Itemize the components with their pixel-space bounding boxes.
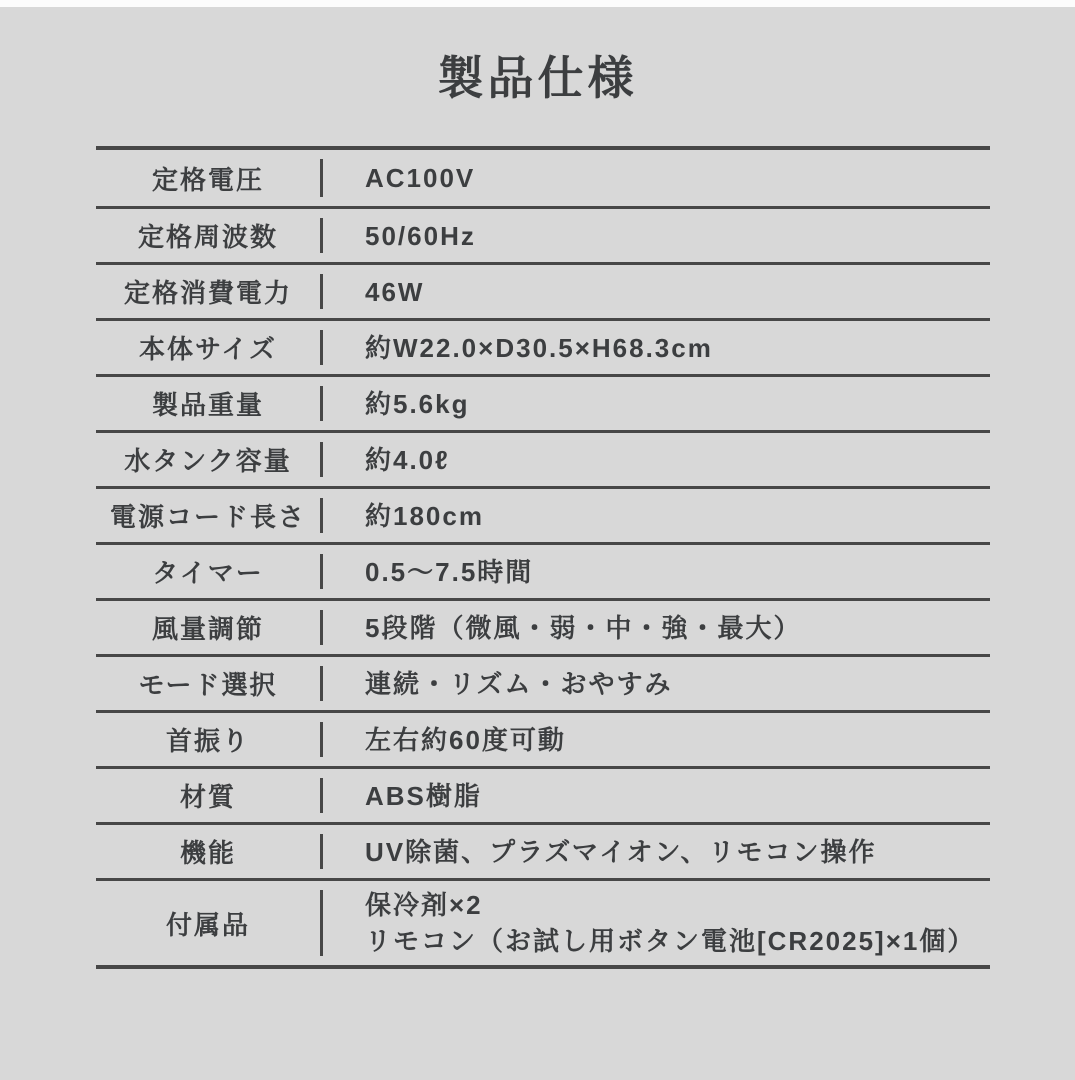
top-white-strip [0, 0, 1075, 7]
value-line: 左右約60度可動 [365, 722, 980, 758]
table-row: 定格消費電力 46W [96, 262, 990, 318]
row-label: 付属品 [96, 881, 320, 965]
row-label: 電源コード長さ [96, 489, 320, 542]
table-row: タイマー 0.5〜7.5時間 [96, 542, 990, 598]
row-label: 定格周波数 [96, 209, 320, 262]
row-value: 46W [323, 265, 990, 318]
value-line: 約4.0ℓ [365, 442, 980, 478]
row-value: 約4.0ℓ [323, 433, 990, 486]
row-label: 風量調節 [96, 601, 320, 654]
row-value: 左右約60度可動 [323, 713, 990, 766]
table-row: 水タンク容量 約4.0ℓ [96, 430, 990, 486]
value-line: 約180cm [365, 498, 980, 534]
row-value: UV除菌、プラズマイオン、リモコン操作 [323, 825, 990, 878]
table-row: 風量調節 5段階（微風・弱・中・強・最大） [96, 598, 990, 654]
value-line: 0.5〜7.5時間 [365, 554, 980, 590]
row-value: 50/60Hz [323, 209, 990, 262]
row-value: AC100V [323, 150, 990, 206]
table-row: 材質 ABS樹脂 [96, 766, 990, 822]
table-row: 定格周波数 50/60Hz [96, 206, 990, 262]
value-line: 46W [365, 274, 980, 310]
table-row: 本体サイズ 約W22.0×D30.5×H68.3cm [96, 318, 990, 374]
value-line: 連続・リズム・おやすみ [365, 666, 980, 702]
spec-table: 定格電圧 AC100V 定格周波数 50/60Hz 定格消費電力 46W 本体サ… [96, 146, 990, 969]
value-line: 約W22.0×D30.5×H68.3cm [365, 330, 980, 366]
value-line: UV除菌、プラズマイオン、リモコン操作 [365, 834, 980, 870]
value-line: 50/60Hz [365, 218, 980, 254]
table-row: 首振り 左右約60度可動 [96, 710, 990, 766]
row-label: 材質 [96, 769, 320, 822]
row-value: 連続・リズム・おやすみ [323, 657, 990, 710]
row-label: 水タンク容量 [96, 433, 320, 486]
table-row: モード選択 連続・リズム・おやすみ [96, 654, 990, 710]
value-line: 約5.6kg [365, 386, 980, 422]
value-line: 5段階（微風・弱・中・強・最大） [365, 610, 980, 646]
row-label: 定格消費電力 [96, 265, 320, 318]
row-label: モード選択 [96, 657, 320, 710]
row-value: 保冷剤×2リモコン（お試し用ボタン電池[CR2025]×1個） [323, 881, 990, 965]
table-row: 製品重量 約5.6kg [96, 374, 990, 430]
value-line: AC100V [365, 160, 980, 196]
table-row: 機能 UV除菌、プラズマイオン、リモコン操作 [96, 822, 990, 878]
row-value: 約180cm [323, 489, 990, 542]
row-value: 5段階（微風・弱・中・強・最大） [323, 601, 990, 654]
row-value: 約W22.0×D30.5×H68.3cm [323, 321, 990, 374]
page-title: 製品仕様 [0, 47, 1075, 109]
row-value: 約5.6kg [323, 377, 990, 430]
row-label: 本体サイズ [96, 321, 320, 374]
value-line: 保冷剤×2 [365, 887, 980, 923]
table-row: 定格電圧 AC100V [96, 150, 990, 206]
row-label: タイマー [96, 545, 320, 598]
row-label: 機能 [96, 825, 320, 878]
row-value: 0.5〜7.5時間 [323, 545, 990, 598]
value-line: ABS樹脂 [365, 778, 980, 814]
row-label: 定格電圧 [96, 150, 320, 206]
table-row: 電源コード長さ 約180cm [96, 486, 990, 542]
table-row: 付属品 保冷剤×2リモコン（お試し用ボタン電池[CR2025]×1個） [96, 878, 990, 965]
value-line: リモコン（お試し用ボタン電池[CR2025]×1個） [365, 923, 980, 959]
row-value: ABS樹脂 [323, 769, 990, 822]
row-label: 製品重量 [96, 377, 320, 430]
row-label: 首振り [96, 713, 320, 766]
